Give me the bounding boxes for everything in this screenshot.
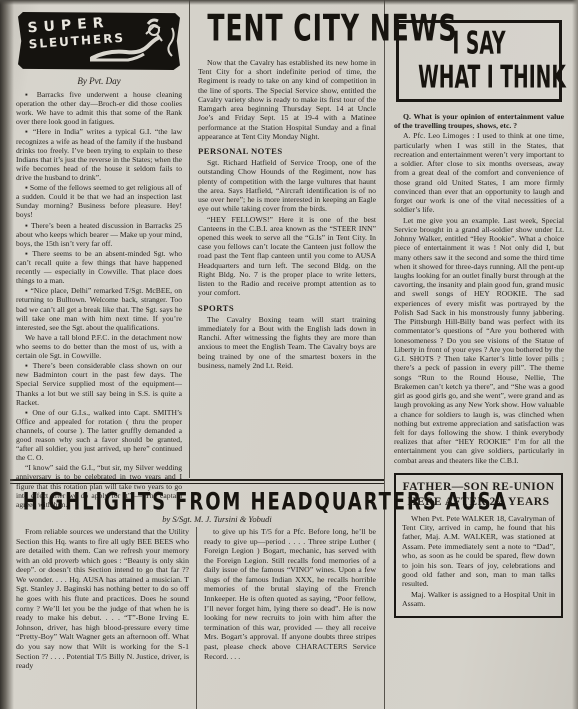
highlights-col-1: From reliable sources we understand that… xyxy=(10,527,197,709)
masthead-line1: I SAY xyxy=(418,25,540,61)
sports-heading: SPORTS xyxy=(198,303,376,313)
tcn-intro: Now that the Cavalry has established its… xyxy=(198,58,376,141)
question-text: Q. What is your opinion of entertainment… xyxy=(394,112,564,130)
column-i-say-what-i-think: I SAY WHAT I THINK Q. What is your opini… xyxy=(384,0,572,709)
highlights-text-1: From reliable sources we understand that… xyxy=(16,527,189,671)
sleuths-item: ▪ Some of the fellows seemed to get reli… xyxy=(16,183,182,219)
section-divider-rule xyxy=(10,479,384,484)
sleuths-item: We have a tall blond P.F.C. in the detac… xyxy=(16,333,182,360)
tent-city-news-headline: TENT CITY NEWS xyxy=(198,8,376,50)
sleuths-item: ▪ There seems to be an absent-minded Sgt… xyxy=(16,249,182,285)
page-top-shadow xyxy=(0,0,578,5)
highlights-columns: From reliable sources we understand that… xyxy=(10,527,384,709)
column-tent-city-news: TENT CITY NEWS Now that the Cavalry has … xyxy=(190,0,384,478)
main-area: SUPER SLEUTHERS xyxy=(10,0,384,709)
byline-pvt-day: By Pvt. Day xyxy=(16,76,182,86)
highlights-section: HIGHLIGHTS FROM HEADQUARTERS AUSA by S/S… xyxy=(10,486,384,709)
pipe-smoke xyxy=(168,28,173,56)
i-say-what-i-think-masthead: I SAY WHAT I THINK xyxy=(396,20,562,102)
reunion-para: Maj. Walker is assigned to a Hospital Un… xyxy=(402,590,555,609)
masthead-line2: WHAT I THINK xyxy=(418,59,540,95)
personal-notes-para: “HEY FELLOWS!” Here it is one of the bes… xyxy=(198,215,376,298)
top-row: SUPER SLEUTHERS xyxy=(10,0,384,478)
page-binding-shadow xyxy=(0,0,14,709)
sports-para: The Cavalry Boxing team will start train… xyxy=(198,315,376,370)
highlights-text-2: to give up his T/5 for a Pfc. Before lon… xyxy=(204,527,376,661)
sleuths-item: ▪ “Nice place, Delhi” remarked T/Sgt. Mc… xyxy=(16,286,182,332)
page-right-shadow xyxy=(572,0,578,709)
reunion-para: When Pvt. Pete WALKER 18, Cavalryman of … xyxy=(402,514,555,589)
sleuths-item: ▪ Barracks five underwent a house cleani… xyxy=(16,90,182,126)
highlights-col-2: to give up his T/5 for a Pfc. Before lon… xyxy=(197,527,384,709)
highlights-headline: HIGHLIGHTS FROM HEADQUARTERS AUSA xyxy=(10,488,384,512)
personal-notes-heading: PERSONAL NOTES xyxy=(198,146,376,156)
sleuths-item: ▪ “Here in India” writes a typical G.I. … xyxy=(16,127,182,182)
personal-notes-para: Sgt. Richard Hatfield of Service Troop, … xyxy=(198,158,376,213)
page-layout: SUPER SLEUTHERS xyxy=(10,0,572,709)
sleuths-item: ▪ There’s been considerable class shown … xyxy=(16,361,182,407)
answer-paragraph: A. Pfc. Leo Limoges : I used to think at… xyxy=(394,131,564,214)
super-sleuthers-banner: SUPER SLEUTHERS xyxy=(18,12,180,70)
column-super-sleuthers: SUPER SLEUTHERS xyxy=(10,0,190,478)
answer-paragraph: Let me give you an example. Last week, S… xyxy=(394,216,564,465)
detective-illustration xyxy=(88,14,178,68)
sleuths-item: ▪ One of our G.I.s., walked into Capt. S… xyxy=(16,408,182,463)
newspaper-page: SUPER SLEUTHERS xyxy=(0,0,578,709)
sleuths-item: ▪ There’s been a heated discussion in Ba… xyxy=(16,221,182,248)
highlights-byline: by S/Sgt. M. J. Tursini & Yobudi xyxy=(50,514,384,524)
